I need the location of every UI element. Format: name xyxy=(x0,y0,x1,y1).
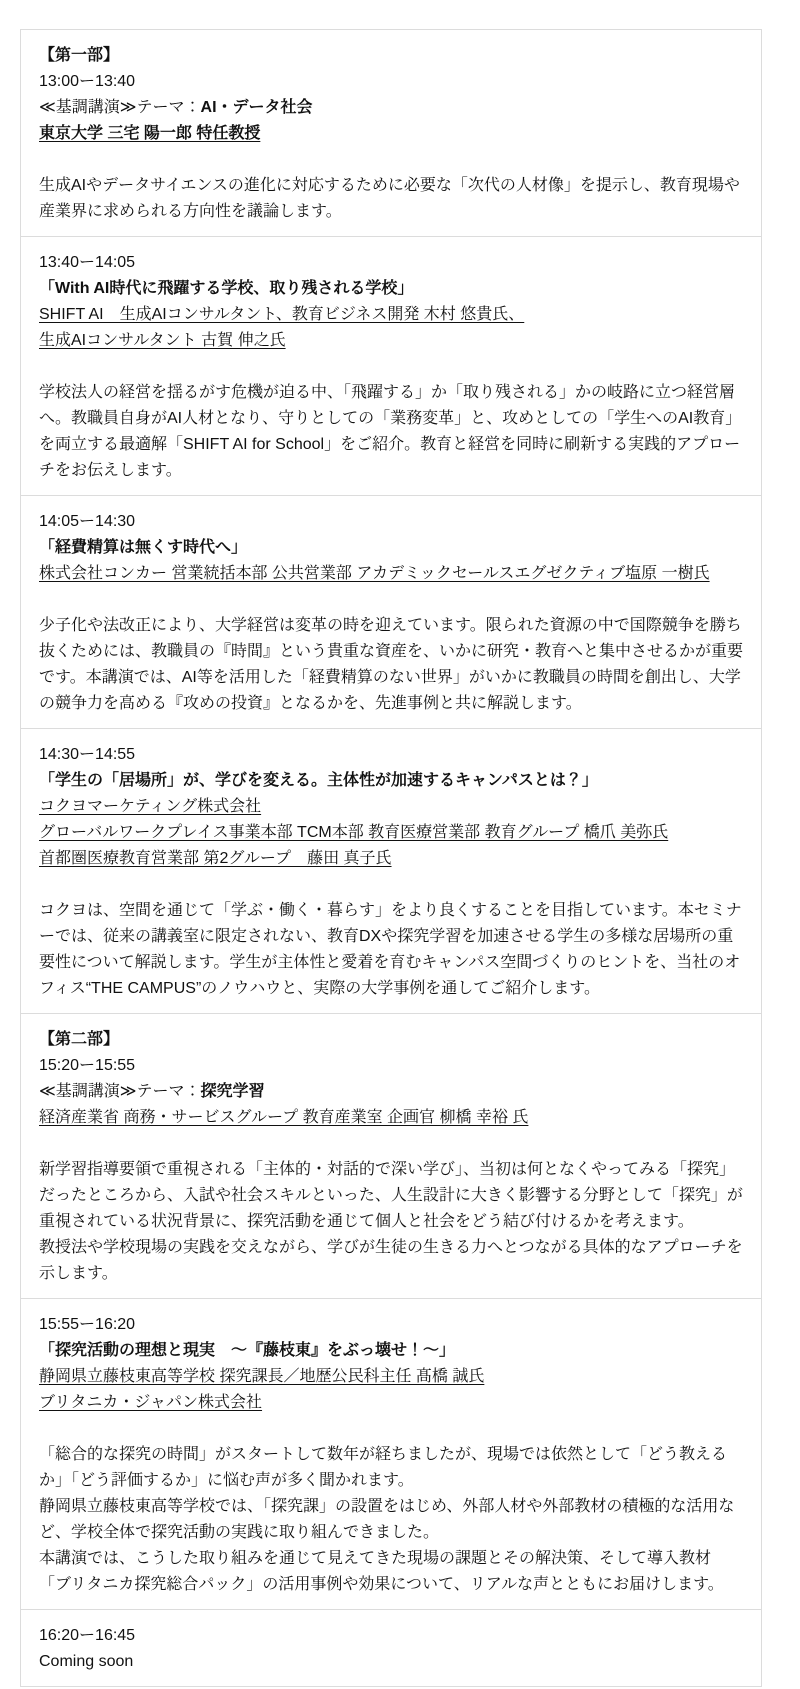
session-row-3: 14:05ー14:30 「経費精算は無くす時代へ」 株式会社コンカー 営業統括本… xyxy=(21,496,761,729)
speaker-line: グローバルワークプレイス事業本部 TCM本部 教育医療営業部 教育グループ 橋爪… xyxy=(39,820,743,846)
speaker-line: SHIFT AI 生成AIコンサルタント、教育ビジネス開発 木村 悠貴氏、 xyxy=(39,302,743,328)
keynote-prefix: ≪基調講演≫テーマ： xyxy=(39,99,201,116)
session-time: 16:20ー16:45 xyxy=(39,1623,743,1649)
keynote-topic: AI・データ社会 xyxy=(201,99,313,116)
session-row-2: 13:40ー14:05 「With AI時代に飛躍する学校、取り残される学校」 … xyxy=(21,237,761,496)
speaker-line: 静岡県立藤枝東高等学校 探究課長／地歴公民科主任 髙橋 誠氏 xyxy=(39,1364,743,1390)
description-paragraph: 少子化や法改正により、大学経営は変革の時を迎えています。限られた資源の中で国際競… xyxy=(39,613,743,717)
keynote-theme: ≪基調講演≫テーマ：AI・データ社会 xyxy=(39,95,743,121)
session-time: 14:05ー14:30 xyxy=(39,509,743,535)
session-time: 13:40ー14:05 xyxy=(39,250,743,276)
session-title: 「探究活動の理想と現実 ～『藤枝東』をぶっ壊せ！～」 xyxy=(39,1338,743,1364)
session-time: 15:55ー16:20 xyxy=(39,1312,743,1338)
session-time: 14:30ー14:55 xyxy=(39,742,743,768)
session-description: 少子化や法改正により、大学経営は変革の時を迎えています。限られた資源の中で国際競… xyxy=(39,613,743,717)
session-row-4: 14:30ー14:55 「学生の「居場所」が、学びを変える。主体性が加速するキャ… xyxy=(21,729,761,1014)
session-row-7: 16:20ー16:45 Coming soon xyxy=(21,1610,761,1686)
session-row-1: 【第一部】 13:00ー13:40 ≪基調講演≫テーマ：AI・データ社会 東京大… xyxy=(21,30,761,237)
session-time: 15:20ー15:55 xyxy=(39,1053,743,1079)
keynote-topic: 探究学習 xyxy=(201,1083,265,1100)
speaker-line: 首都圏医療教育営業部 第2グループ 藤田 真子氏 xyxy=(39,846,743,872)
speaker-line: ブリタニカ・ジャパン株式会社 xyxy=(39,1390,743,1416)
session-description: コクヨは、空間を通じて「学ぶ・働く・暮らす」をより良くすることを目指しています。… xyxy=(39,898,743,1002)
agenda-table: 【第一部】 13:00ー13:40 ≪基調講演≫テーマ：AI・データ社会 東京大… xyxy=(20,29,762,1687)
session-description: 「総合的な探究の時間」がスタートして数年が経ちましたが、現場では依然として「どう… xyxy=(39,1442,743,1598)
session-title: 「学生の「居場所」が、学びを変える。主体性が加速するキャンパスとは？」 xyxy=(39,768,743,794)
description-paragraph: 本講演では、こうした取り組みを通じて見えてきた現場の課題とその解決策、そして導入… xyxy=(39,1546,743,1598)
description-paragraph: 「総合的な探究の時間」がスタートして数年が経ちましたが、現場では依然として「どう… xyxy=(39,1442,743,1494)
session-description: 新学習指導要領で重視される「主体的・対話的で深い学び」、当初は何となくやってみる… xyxy=(39,1157,743,1287)
speaker-line: 株式会社コンカー 営業統括本部 公共営業部 アカデミックセールスエグゼクティブ塩… xyxy=(39,561,743,587)
coming-soon-note: Coming soon xyxy=(39,1649,743,1675)
description-paragraph: 新学習指導要領で重視される「主体的・対話的で深い学び」、当初は何となくやってみる… xyxy=(39,1157,743,1235)
speaker-line: 東京大学 三宅 陽一郎 特任教授 xyxy=(39,121,743,147)
session-description: 生成AIやデータサイエンスの進化に対応するために必要な「次代の人材像」を提示し、… xyxy=(39,173,743,225)
speaker-line: 経済産業省 商務・サービスグループ 教育産業室 企画官 柳橋 幸裕 氏 xyxy=(39,1105,743,1131)
speaker-line: 生成AIコンサルタント 古賀 伸之氏 xyxy=(39,328,743,354)
description-paragraph: 教授法や学校現場の実践を交えながら、学びが生徒の生きる力へとつながる具体的なアプ… xyxy=(39,1235,743,1287)
session-row-5: 【第二部】 15:20ー15:55 ≪基調講演≫テーマ：探究学習 経済産業省 商… xyxy=(21,1014,761,1299)
session-title: 「経費精算は無くす時代へ」 xyxy=(39,535,743,561)
session-description: 学校法人の経営を揺るがす危機が迫る中、「飛躍する」か「取り残される」かの岐路に立… xyxy=(39,380,743,484)
description-paragraph: 生成AIやデータサイエンスの進化に対応するために必要な「次代の人材像」を提示し、… xyxy=(39,173,743,225)
description-paragraph: 学校法人の経営を揺るがす危機が迫る中、「飛躍する」か「取り残される」かの岐路に立… xyxy=(39,380,743,484)
speaker-line: コクヨマーケティング株式会社 xyxy=(39,794,743,820)
description-paragraph: コクヨは、空間を通じて「学ぶ・働く・暮らす」をより良くすることを目指しています。… xyxy=(39,898,743,1002)
session-row-6: 15:55ー16:20 「探究活動の理想と現実 ～『藤枝東』をぶっ壊せ！～」 静… xyxy=(21,1299,761,1610)
keynote-prefix: ≪基調講演≫テーマ： xyxy=(39,1083,201,1100)
part-heading: 【第一部】 xyxy=(39,43,743,69)
keynote-theme: ≪基調講演≫テーマ：探究学習 xyxy=(39,1079,743,1105)
part-heading: 【第二部】 xyxy=(39,1027,743,1053)
description-paragraph: 静岡県立藤枝東高等学校では、「探究課」の設置をはじめ、外部人材や外部教材の積極的… xyxy=(39,1494,743,1546)
session-time: 13:00ー13:40 xyxy=(39,69,743,95)
session-title: 「With AI時代に飛躍する学校、取り残される学校」 xyxy=(39,276,743,302)
